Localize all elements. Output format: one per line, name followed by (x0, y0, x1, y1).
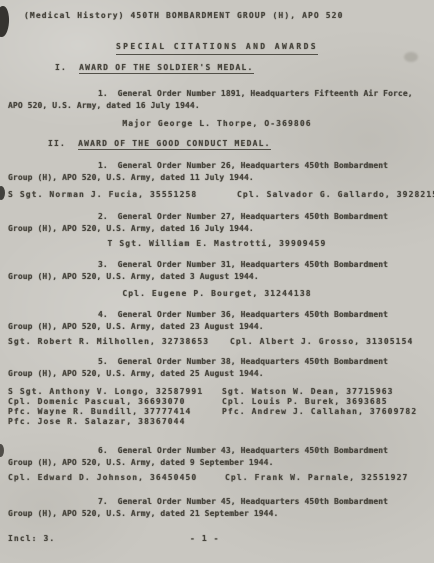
recipient-right: Sgt. Watson W. Dean, 37715963 (222, 387, 394, 397)
recipient-right: Pfc. Andrew J. Callahan, 37609782 (222, 407, 417, 417)
order-paragraph-line: 6. General Order Number 43, Headquarters… (98, 445, 434, 457)
order-paragraph-line: APO 520, U.S. Army, dated 16 July 1944. (8, 100, 434, 112)
recipient-name: T Sgt. William E. Mastrotti, 39909459 (0, 238, 434, 250)
document-body: (Medical History) 450TH BOMBARDMENT GROU… (0, 0, 434, 563)
order-paragraph-line: 5. General Order Number 38, Headquarters… (98, 356, 434, 368)
order-paragraph-line: 3. General Order Number 31, Headquarters… (98, 259, 434, 271)
section-i-heading: I. AWARD OF THE SOLDIER'S MEDAL. (55, 62, 434, 74)
order-paragraph-line: 4. General Order Number 36, Headquarters… (98, 309, 434, 321)
order-paragraph-line: Group (H), APO 520, U.S. Army, dated 11 … (8, 172, 434, 184)
order-paragraph-line: 1. General Order Number 26, Headquarters… (98, 160, 434, 172)
recipient-right: Cpl. Salvador G. Gallardo, 39282159 (237, 189, 434, 201)
recipient-row: Cpl. Edward D. Johnson, 36450450 Cpl. Fr… (8, 472, 434, 484)
order-paragraph-line: Group (H), APO 520, U.S. Army, dated 25 … (8, 368, 434, 380)
recipient-right: Cpl. Frank W. Parnale, 32551927 (225, 472, 408, 484)
recipient-name: Major George L. Thorpe, O-369806 (0, 118, 434, 130)
recipient-row: Cpl. Domenic Pascual, 36693070 Cpl. Loui… (8, 397, 434, 407)
recipient-row: Pfc. Wayne R. Bundill, 37777414 Pfc. And… (8, 407, 434, 417)
order-paragraph-line: 2. General Order Number 27, Headquarters… (98, 211, 434, 223)
section-ii-heading-text: AWARD OF THE GOOD CONDUCT MEDAL. (78, 139, 271, 150)
document-title: SPECIAL CITATIONS AND AWARDS (0, 41, 434, 55)
recipient-left: S Sgt. Norman J. Fucia, 35551258 (8, 190, 197, 199)
section-ii-numeral: II. (48, 139, 66, 148)
section-i-numeral: I. (55, 63, 67, 72)
recipient-list: S Sgt. Anthony V. Longo, 32587991 Sgt. W… (0, 387, 434, 427)
order-paragraph-line: Group (H), APO 520, U.S. Army, dated 9 S… (8, 457, 434, 469)
recipient-left: Pfc. Wayne R. Bundill, 37777414 (8, 407, 191, 416)
paper: (Medical History) 450TH BOMBARDMENT GROU… (0, 0, 434, 563)
recipient-row: Sgt. Robert R. Milhollen, 32738653 Cpl. … (8, 336, 434, 348)
recipient-left: Cpl. Edward D. Johnson, 36450450 (8, 473, 197, 482)
recipient-row: Pfc. Jose R. Salazar, 38367044 (8, 417, 434, 427)
recipient-left: S Sgt. Anthony V. Longo, 32587991 (8, 387, 203, 396)
recipient-name: Cpl. Eugene P. Bourget, 31244138 (0, 288, 434, 300)
page-number: - 1 - (190, 533, 220, 545)
recipient-left: Cpl. Domenic Pascual, 36693070 (8, 397, 186, 406)
order-paragraph-line: Group (H), APO 520, U.S. Army, dated 3 A… (8, 271, 434, 283)
document-footer: Incl: 3. - 1 - (8, 533, 434, 545)
section-ii-heading: II. AWARD OF THE GOOD CONDUCT MEDAL. (48, 138, 434, 150)
order-paragraph-line: Group (H), APO 520, U.S. Army, dated 23 … (8, 321, 434, 333)
recipient-row: S Sgt. Anthony V. Longo, 32587991 Sgt. W… (8, 387, 434, 397)
recipient-row: S Sgt. Norman J. Fucia, 35551258 Cpl. Sa… (8, 189, 434, 201)
document-title-text: SPECIAL CITATIONS AND AWARDS (116, 41, 318, 55)
order-paragraph-line: Group (H), APO 520, U.S. Army, dated 21 … (8, 508, 434, 520)
order-paragraph-line: Group (H), APO 520, U.S. Army, dated 16 … (8, 223, 434, 235)
recipient-left: Sgt. Robert R. Milhollen, 32738653 (8, 337, 209, 346)
recipient-left: Pfc. Jose R. Salazar, 38367044 (8, 417, 186, 426)
recipient-right: Cpl. Louis P. Burek, 3693685 (222, 397, 388, 407)
enclosure-note: Incl: 3. (8, 534, 55, 543)
order-paragraph-line: 1. General Order Number 1891, Headquarte… (98, 88, 434, 100)
section-i-heading-text: AWARD OF THE SOLDIER'S MEDAL. (79, 63, 253, 74)
order-paragraph-line: 7. General Order Number 45, Headquarters… (98, 496, 434, 508)
recipient-right: Cpl. Albert J. Grosso, 31305154 (230, 336, 413, 348)
document-header: (Medical History) 450TH BOMBARDMENT GROU… (24, 10, 434, 22)
